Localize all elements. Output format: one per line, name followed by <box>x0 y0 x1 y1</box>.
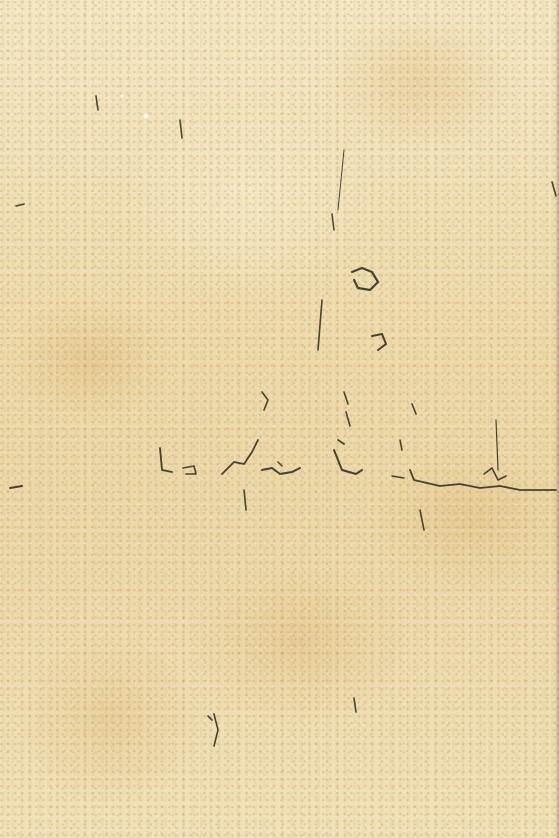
parchment-fragment <box>0 0 559 838</box>
light-specks <box>121 95 149 119</box>
ink-marks <box>0 0 559 838</box>
script-line <box>10 420 556 490</box>
scattered-marks <box>16 96 556 746</box>
isolated-glyphs <box>262 150 386 426</box>
fragment-edge <box>555 0 559 838</box>
